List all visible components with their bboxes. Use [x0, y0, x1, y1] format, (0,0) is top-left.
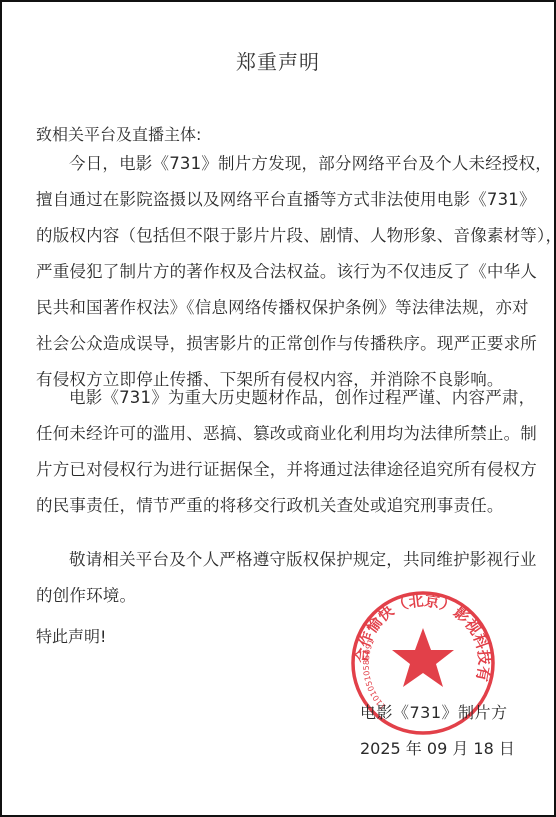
paragraph-line: 社会公众造成误导，损害影片的正常创作与传播秩序。现严正要求所 — [36, 326, 494, 362]
signer: 电影《731》制片方 — [360, 700, 508, 723]
paragraph-line: 民共和国著作权法》《信息网络传播权保护条例》等法律法规，亦对 — [36, 290, 494, 326]
signing-date: 2025 年 09 月 18 日 — [360, 736, 515, 759]
paragraph-line: 今日，电影《731》制片方发现，部分网络平台及个人未经授权， — [36, 146, 494, 182]
paragraph-line: 的版权内容（包括但不限于影片片段、剧情、人物形象、音像素材等）， — [36, 218, 494, 254]
statement-document: 郑重声明 致相关平台及直播主体: 今日，电影《731》制片方发现，部分网络平台及… — [0, 0, 556, 817]
paragraph-line: 任何未经许可的滥用、恶搞、篡改或商业化利用均为法律所禁止。制 — [36, 416, 494, 452]
document-title: 郑重声明 — [2, 46, 554, 75]
paragraph-line: 敬请相关平台及个人严格遵守版权保护规定，共同维护影视行业 — [36, 542, 494, 578]
salutation: 致相关平台及直播主体: — [36, 122, 201, 145]
paragraph-line: 片方已对侵权行为进行证据保全，并将通过法律途径追究所有侵权方 — [36, 452, 494, 488]
paragraph-1: 今日，电影《731》制片方发现，部分网络平台及个人未经授权， 擅自通过在影院盗摄… — [36, 146, 494, 398]
paragraph-line: 严重侵犯了制片方的著作权及合法权益。该行为不仅违反了《中华人 — [36, 254, 494, 290]
closing-statement: 特此声明! — [36, 624, 106, 647]
paragraph-line: 的民事责任，情节严重的将移交行政机关查处或追究刑事责任。 — [36, 488, 494, 524]
paragraph-line: 擅自通过在影院盗摄以及网络平台直播等方式非法使用电影《731》 — [36, 182, 494, 218]
seal-star-icon — [392, 628, 454, 687]
paragraph-2: 电影《731》为重大历史题材作品，创作过程严谨、内容严肃， 任何未经许可的滥用、… — [36, 380, 494, 524]
paragraph-line: 电影《731》为重大历史题材作品，创作过程严谨、内容严肃， — [36, 380, 494, 416]
